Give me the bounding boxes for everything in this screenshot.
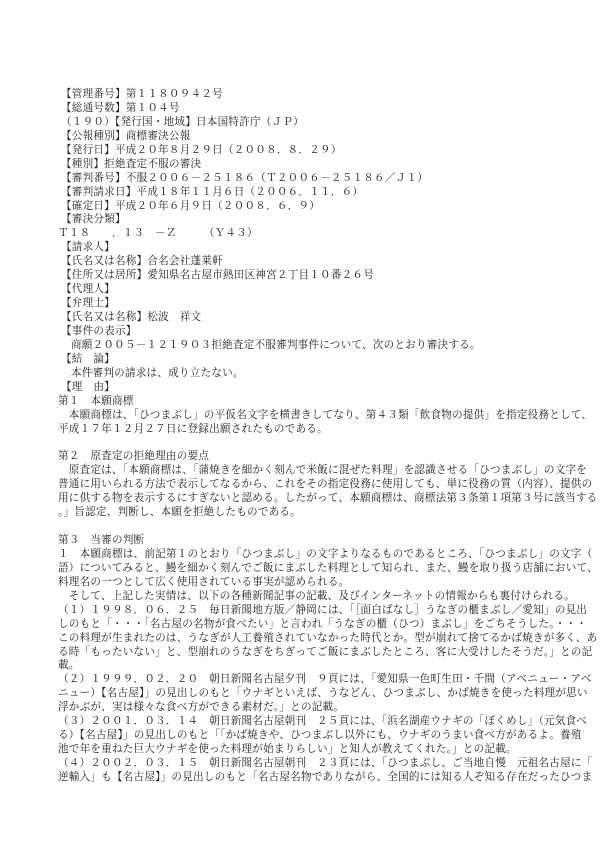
section3-line: （１）１９９８．０６．２５ 毎日新聞地方版／静岡には、「［面白ばなし］うなぎの櫃…: [58, 604, 551, 618]
section3-line: 語）についてみると、鰻を細かく刻んでご飯にまぶした料理として知られ、また、鰻を取…: [58, 562, 551, 576]
section3-line: そして、上記した実情は、以下の各種新聞記事の記載、及びインターネットの情報からも…: [58, 590, 551, 604]
issue-date: 【発行日】平成２０年８月２９日（２００８．８．２９）: [61, 144, 551, 158]
section3-line: 浮かぶが、実は様々な食べ方ができる素材だ。」との記載。: [58, 701, 551, 715]
section3-line: （３）２００１．０３．１４ 朝日新聞名古屋朝刊 ２５頁には、「浜名湖産ウナギの「…: [58, 715, 551, 729]
spacer: [61, 520, 551, 534]
spacer: [61, 436, 551, 450]
management-number: 【管理番号】第１１８０９４２号: [61, 88, 551, 102]
section3-line: 載。: [58, 659, 551, 673]
classification-code: Ｔ１８ ．１３ －Ｚ （Ｙ４３）: [58, 227, 551, 241]
section2-line: 原査定は、「本願商標は、「蒲焼きを細かく刻んで米飯に混ぜた料理」を認識させる「ひ…: [58, 464, 551, 478]
total-issue-number: 【総通号数】第１０４号: [61, 102, 551, 116]
case-text: 商願２００５－１２１９０３拒絶査定不服審判事件について、次のとおり審決する。: [61, 339, 551, 353]
section1-line: 平成１７年１２月２７日に登録出願されたものである。: [58, 423, 551, 437]
trial-request-date: 【審判請求日】平成１８年１１月６日（２００６．１１．６）: [61, 186, 551, 200]
section3-heading: 第３ 当審の判断: [58, 534, 551, 548]
section1-line: 本願商標は、「ひつまぶし」の平仮名文字を横書きしてなり、第４３類「飲食物の提供」…: [58, 409, 551, 423]
section2-line: 普通に用いられる方法で表示してなるから、これをその指定役務に使用しても、単に役務…: [58, 478, 551, 492]
conclusion-heading: 【結 論】: [61, 353, 551, 367]
demandant-label: 【請求人】: [61, 241, 551, 255]
patent-attorney-label: 【弁理士】: [61, 297, 551, 311]
issuing-country: （１９０）【発行国・地域】日本国特許庁（ＪＰ）: [61, 116, 551, 130]
document-page: 【管理番号】第１１８０９４２号 【総通号数】第１０４号 （１９０）【発行国・地域…: [61, 88, 551, 785]
decision-classification-label: 【審決分類】: [61, 213, 551, 227]
reason-heading: 【理 由】: [61, 381, 551, 395]
demandant-address: 【住所又は居所】愛知県名古屋市熱田区神宮２丁目１０番２６号: [61, 269, 551, 283]
case-label: 【事件の表示】: [61, 325, 551, 339]
section3-line: （２）１９９９．０２．２０ 朝日新聞名古屋夕刊 ９頁には、「愛知県一色町生田・千…: [58, 673, 551, 687]
section2-heading: 第２ 原査定の拒絶理由の要点: [58, 450, 551, 464]
section3-line: る時「もったいない」と、型崩れのうなぎをちぎってご飯にまぶしたところ、客に大受け…: [58, 646, 551, 660]
conclusion-text: 本件審判の請求は、成り立たない。: [61, 367, 551, 381]
section3-line: る）【名古屋】」の見出しのもと「「かば焼きや、ひつまぶし以外にも、ウナギのうまい…: [58, 729, 551, 743]
section3-line: １ 本願商標は、前記第１のとおり「ひつまぶし」の文字よりなるものであるところ、「…: [58, 548, 551, 562]
section1-heading: 第１ 本願商標: [58, 395, 551, 409]
attorney-name: 【氏名又は名称】松波 祥文: [61, 311, 551, 325]
section3-line: （４）２００２．０３．１５ 朝日新聞名古屋朝刊 ２３頁には、「ひつまぶし、ご当地…: [58, 757, 551, 771]
decision-type: 【種別】拒絶査定不服の審決: [61, 158, 551, 172]
section3-line: 逆輸入」も【名古屋】」の見出しのもと「名古屋名物でありながら、全国的には知る人ぞ…: [58, 771, 551, 785]
demandant-name: 【氏名又は名称】合名会社蓬莱軒: [61, 255, 551, 269]
gazette-type: 【公報種別】商標審決公報: [61, 130, 551, 144]
section3-line: しのもと「・・・「名古屋の名物が食べたい」と言われ「うなぎの櫃（ひつ）まぶし」を…: [58, 618, 551, 632]
section3-line: この料理が生まれたのは、うなぎが人工養殖されていなかった時代とか。型が崩れて捨て…: [58, 632, 551, 646]
section2-line: 。」旨認定、判断し、本願を拒絶したものである。: [58, 506, 551, 520]
trial-number: 【審判番号】不服２００６－２５１８６（Ｔ２００６－２５１８６／Ｊ１）: [61, 172, 551, 186]
section3-line: 料理名の一つとして広く使用されている事実が認められる。: [58, 576, 551, 590]
section3-line: 池で年を重ねた巨大ウナギを使った料理が始まりらしい」と知人が教えてくれた。」との…: [58, 743, 551, 757]
finalization-date: 【確定日】平成２０年６月９日（２００８．６．９）: [61, 200, 551, 214]
agent-label: 【代理人】: [61, 283, 551, 297]
section2-line: 用に供する物を表示するにすぎないと認める。したがって、本願商標は、商標法第３条第…: [58, 492, 551, 506]
section3-line: ニュー）【名古屋】」の見出しのもと「ウナギといえば、うなどん、ひつまぶし、かば焼…: [58, 687, 551, 701]
